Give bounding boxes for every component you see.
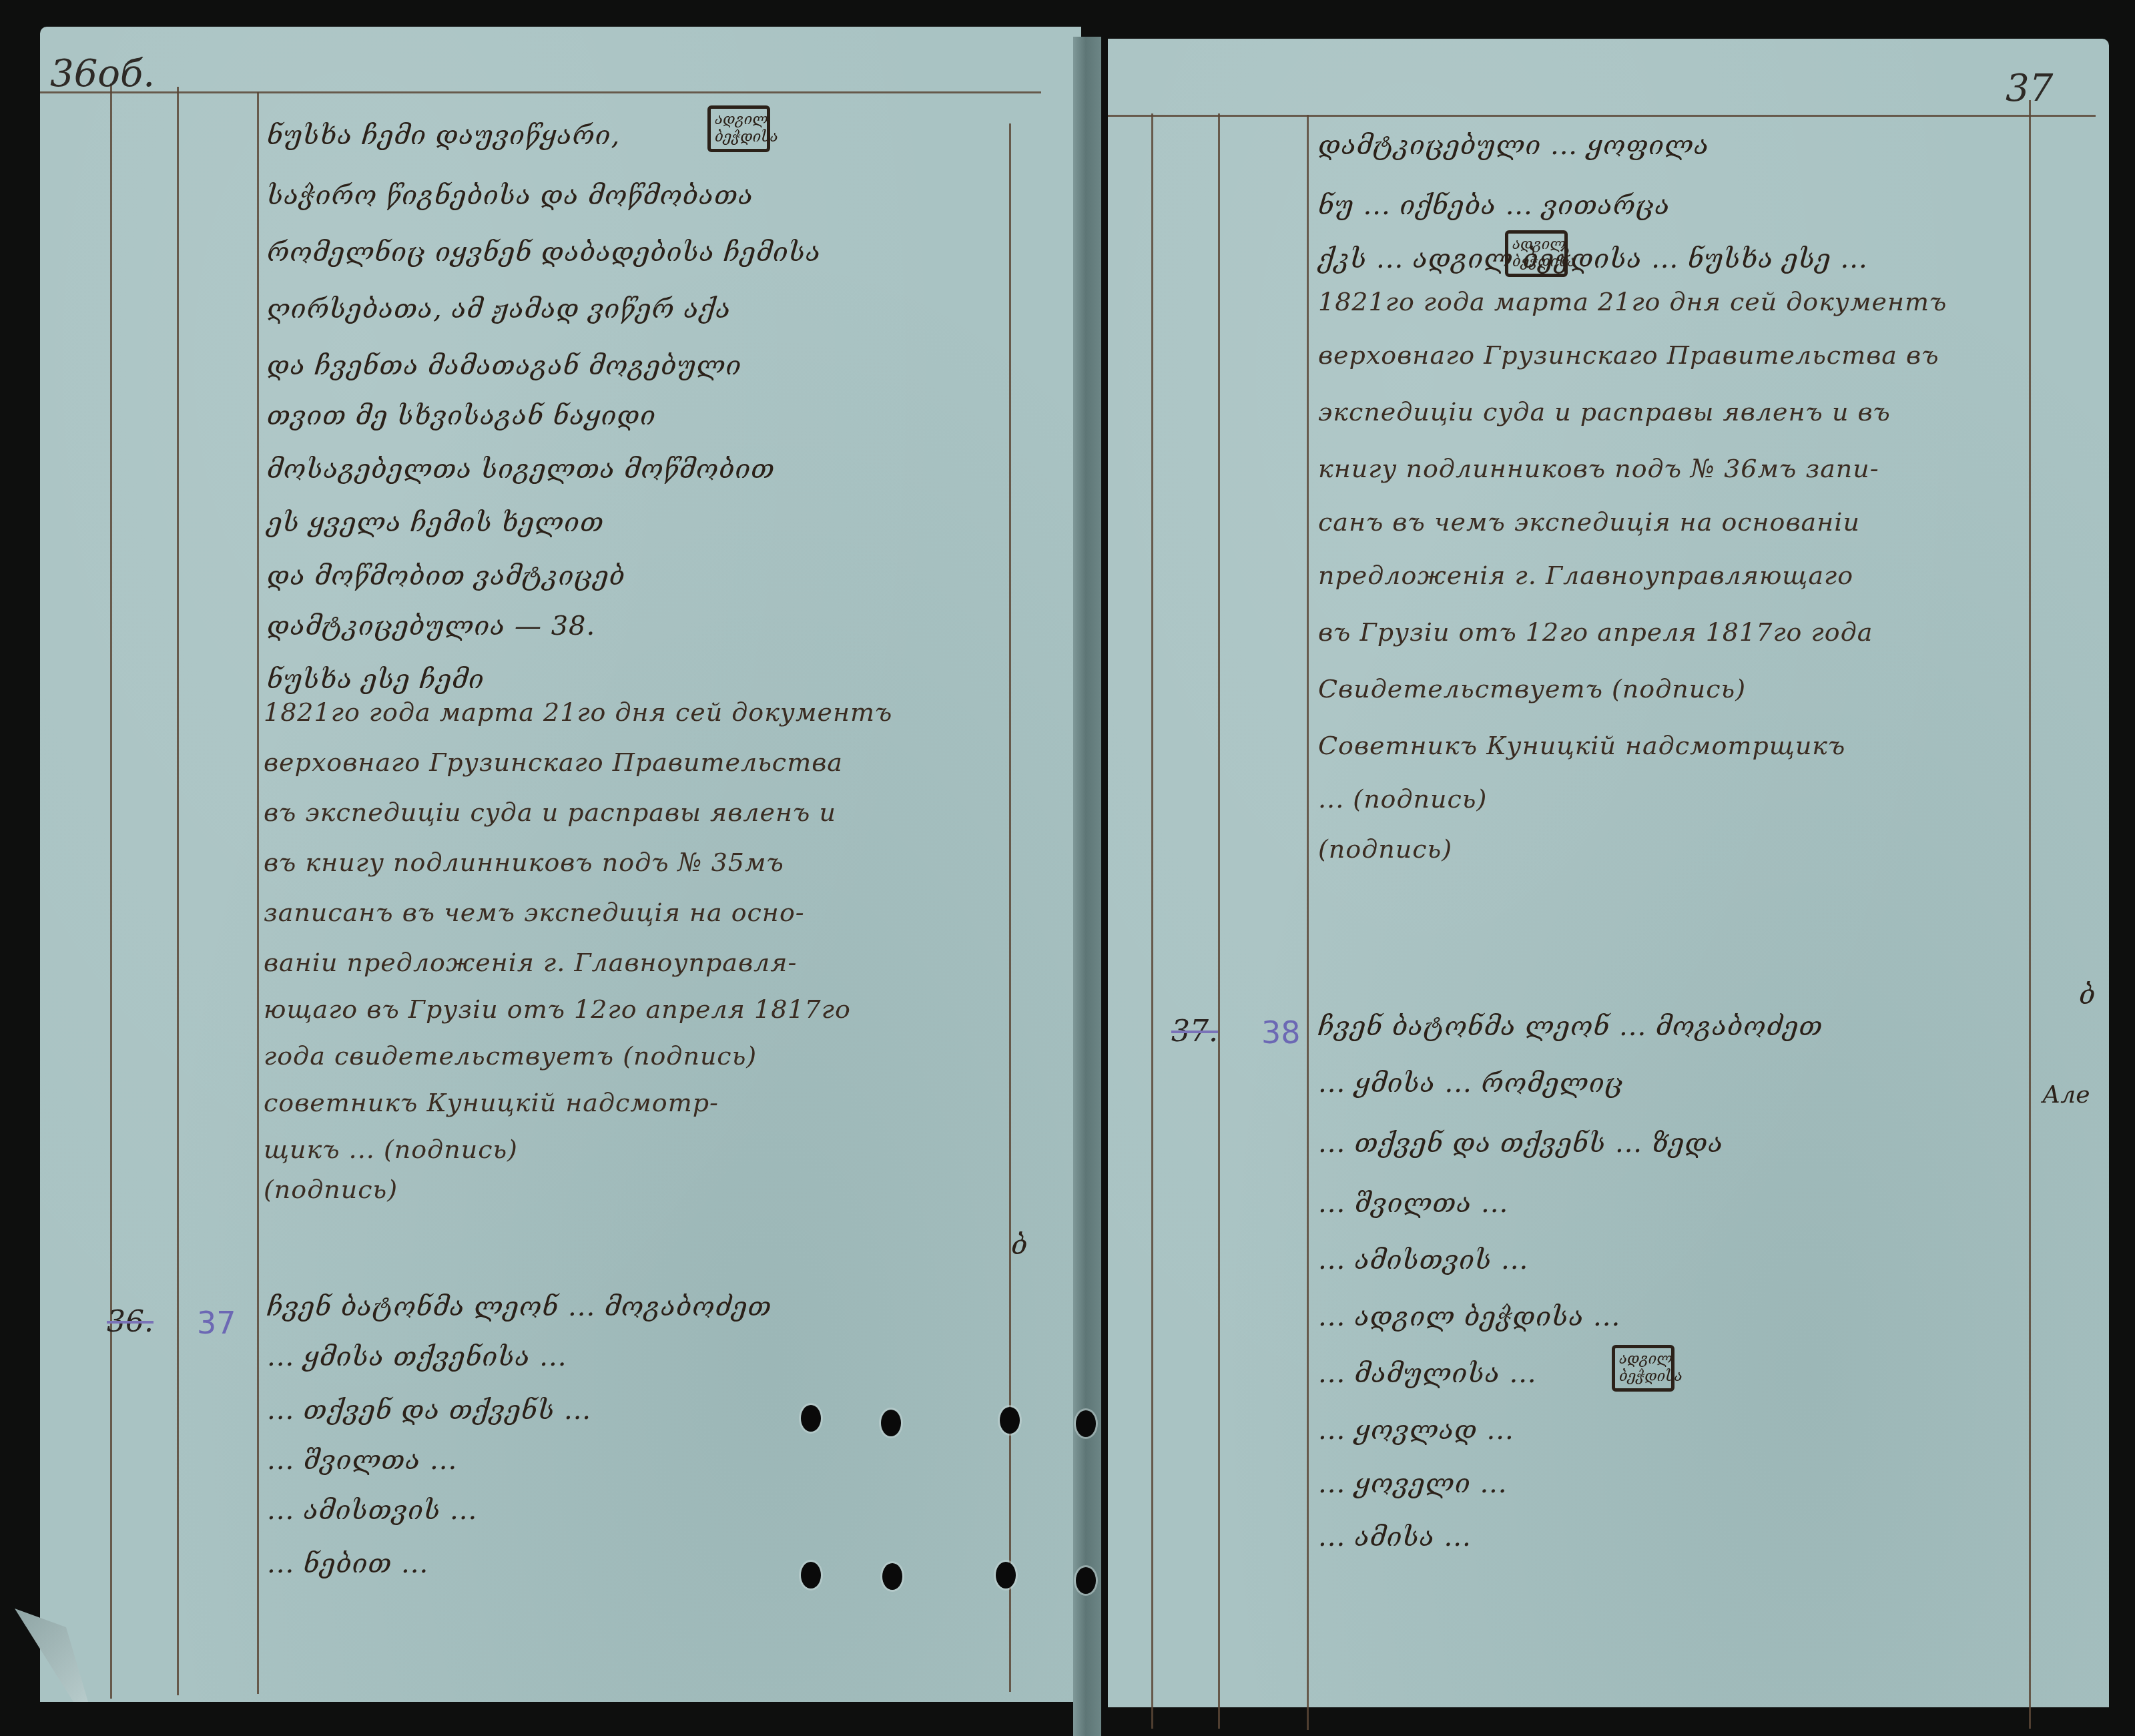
russian-attestation-line: въ книгу подлинниковъ подъ № 35мъ bbox=[264, 848, 784, 877]
georgian-line: ნუსხა ჩემი დაუვიწყარი, bbox=[267, 120, 620, 151]
binding-punch-hole bbox=[996, 1562, 1016, 1588]
header-rule bbox=[1108, 115, 2096, 117]
binding-punch-hole bbox=[801, 1562, 821, 1588]
georgian-line: და ჩვენთა მამათაგან მოგებული bbox=[267, 350, 741, 381]
russian-attestation-line: записанъ въ чемъ экспедиція на осно- bbox=[264, 898, 805, 927]
georgian-line: ... ამისთვის ... bbox=[267, 1495, 477, 1526]
georgian-line: ... ამისა ... bbox=[1318, 1522, 1472, 1552]
russian-attestation-line: ющаго въ Грузіи отъ 12го апреля 1817го bbox=[264, 994, 851, 1024]
russian-attestation-line: советникъ Куницкій надсмотр- bbox=[264, 1088, 719, 1117]
georgian-line: ... თქვენ და თქვენს ... bbox=[267, 1395, 591, 1426]
russian-attestation-line: Свидетельствуетъ (подпись) bbox=[1318, 674, 1746, 703]
margin-rule bbox=[257, 92, 259, 1694]
margin-note: Але bbox=[2042, 1081, 2090, 1109]
margin-rule bbox=[110, 83, 112, 1699]
georgian-line: ... მამულისა ... bbox=[1318, 1358, 1537, 1389]
russian-attestation-line: года свидетельствуетъ (подпись) bbox=[264, 1041, 757, 1071]
folio-number-right: 37 bbox=[2006, 67, 2053, 110]
georgian-line: ნუსხა ესე ჩემი bbox=[267, 664, 485, 695]
georgian-line: ეს ყველა ჩემის ხელით bbox=[267, 507, 604, 538]
georgian-line: ... ყოვლად ... bbox=[1318, 1415, 1514, 1446]
margin-rule bbox=[2029, 100, 2031, 1729]
georgian-line: საჭირო წიგნებისა და მოწმობათა bbox=[267, 180, 753, 211]
russian-attestation-line: въ экспедиціи суда и расправы явленъ и bbox=[264, 798, 836, 827]
georgian-line: ... შვილთა ... bbox=[1318, 1188, 1508, 1219]
russian-attestation-line: щикъ ... (подпись) bbox=[264, 1135, 518, 1164]
margin-rule bbox=[177, 87, 179, 1695]
book-gutter bbox=[1073, 37, 1101, 1736]
seal-placeholder-stamp: ადგილ ბეჭდისა bbox=[707, 105, 770, 152]
georgian-line: ... ყოველი ... bbox=[1318, 1468, 1508, 1499]
georgian-line: დამტკიცებულია — 38. bbox=[267, 611, 595, 641]
georgian-line: ... ყმისა ... რომელიც bbox=[1318, 1068, 1624, 1099]
georgian-line: ... შვილთა ... bbox=[267, 1445, 457, 1476]
russian-attestation-line: предложенія г. Главноуправляющаго bbox=[1318, 561, 1853, 590]
margin-letter-mark: ბ bbox=[2079, 978, 2095, 1010]
binding-punch-hole bbox=[882, 1563, 902, 1590]
russian-attestation-line: верховнаго Грузинскаго Правительства въ bbox=[1318, 340, 1939, 370]
georgian-line: დამტკიცებული ... ყოფილა bbox=[1318, 130, 1709, 161]
russian-attestation-line: Советникъ Куницкій надсмотрщикъ bbox=[1318, 731, 1845, 760]
georgian-line: ჩვენ ბატონმა ლეონ ... მოგაბოძეთ bbox=[267, 1291, 772, 1322]
entry-number-new: 38 bbox=[1261, 1015, 1301, 1051]
georgian-line: ... ყმისა თქვენისა ... bbox=[267, 1342, 567, 1372]
russian-attestation-line: въ Грузіи отъ 12го апреля 1817го года bbox=[1318, 617, 1873, 647]
seal-placeholder-stamp: ადგილ ბეჭდისა bbox=[1612, 1345, 1674, 1392]
georgian-line: რომელნიც იყვნენ დაბადებისა ჩემისა bbox=[267, 237, 821, 268]
georgian-line: ქკს ... ადგილ ბეჭდისა ... ნუსხა ესე ... bbox=[1318, 244, 1868, 274]
binding-punch-hole bbox=[1076, 1567, 1096, 1594]
georgian-line: ნუ ... იქნება ... ვითარცა bbox=[1318, 190, 1670, 221]
margin-rule bbox=[1307, 115, 1309, 1730]
binding-punch-hole bbox=[881, 1410, 901, 1436]
georgian-line: ... ამისთვის ... bbox=[1318, 1245, 1528, 1275]
margin-rule bbox=[1151, 113, 1153, 1729]
georgian-line: ... ადგილ ბეჭდისა ... bbox=[1318, 1301, 1620, 1332]
folio-number-left: 36об. bbox=[50, 52, 155, 95]
russian-attestation-line: верховнаго Грузинскаго Правительства bbox=[264, 748, 843, 777]
georgian-line: ... ნებით ... bbox=[267, 1548, 428, 1579]
georgian-line: ... თქვენ და თქვენს ... ზედა bbox=[1318, 1128, 1723, 1159]
georgian-line: ღირსებათა, ამ ჟამად ვიწერ აქა bbox=[267, 294, 731, 324]
margin-letter-mark: ბ bbox=[1011, 1228, 1027, 1261]
binding-punch-hole bbox=[801, 1405, 821, 1432]
seal-placeholder-stamp: ადგილ ბეჭდისა bbox=[1505, 230, 1568, 277]
russian-attestation-line: экспедиціи суда и расправы явленъ и въ bbox=[1318, 397, 1891, 426]
margin-rule bbox=[1218, 113, 1220, 1729]
russian-attestation-line: 1821го года марта 21го дня сей документъ bbox=[1318, 287, 1947, 316]
russian-attestation-line: книгу подлинниковъ подъ № 36мъ запи- bbox=[1318, 454, 1879, 483]
entry-number-new: 37 bbox=[197, 1305, 236, 1341]
russian-attestation-line: 1821го года марта 21го дня сей документъ bbox=[264, 697, 892, 727]
georgian-line: და მოწმობით ვამტკიცებ bbox=[267, 561, 625, 591]
binding-punch-hole bbox=[1076, 1410, 1096, 1437]
entry-number-old: 37. bbox=[1171, 1015, 1218, 1049]
russian-attestation-line: санъ въ чемъ экспедиція на основаніи bbox=[1318, 507, 1860, 537]
binding-punch-hole bbox=[1000, 1407, 1020, 1434]
georgian-line: ჩვენ ბატონმა ლეონ ... მოგაბოძეთ bbox=[1318, 1011, 1823, 1042]
margin-rule bbox=[1009, 123, 1011, 1692]
georgian-line: თვით მე სხვისაგან ნაყიდი bbox=[267, 400, 656, 431]
header-rule bbox=[40, 91, 1041, 93]
georgian-line: მოსაგებელთა სიგელთა მოწმობით bbox=[267, 454, 775, 485]
entry-number-old: 36. bbox=[107, 1305, 154, 1339]
russian-attestation-line: ... (подпись) bbox=[1318, 784, 1487, 814]
russian-attestation-line: ваніи предложенія г. Главноуправля- bbox=[264, 948, 797, 977]
russian-attestation-line: (подпись) bbox=[264, 1175, 398, 1204]
russian-attestation-line: (подпись) bbox=[1318, 834, 1452, 864]
